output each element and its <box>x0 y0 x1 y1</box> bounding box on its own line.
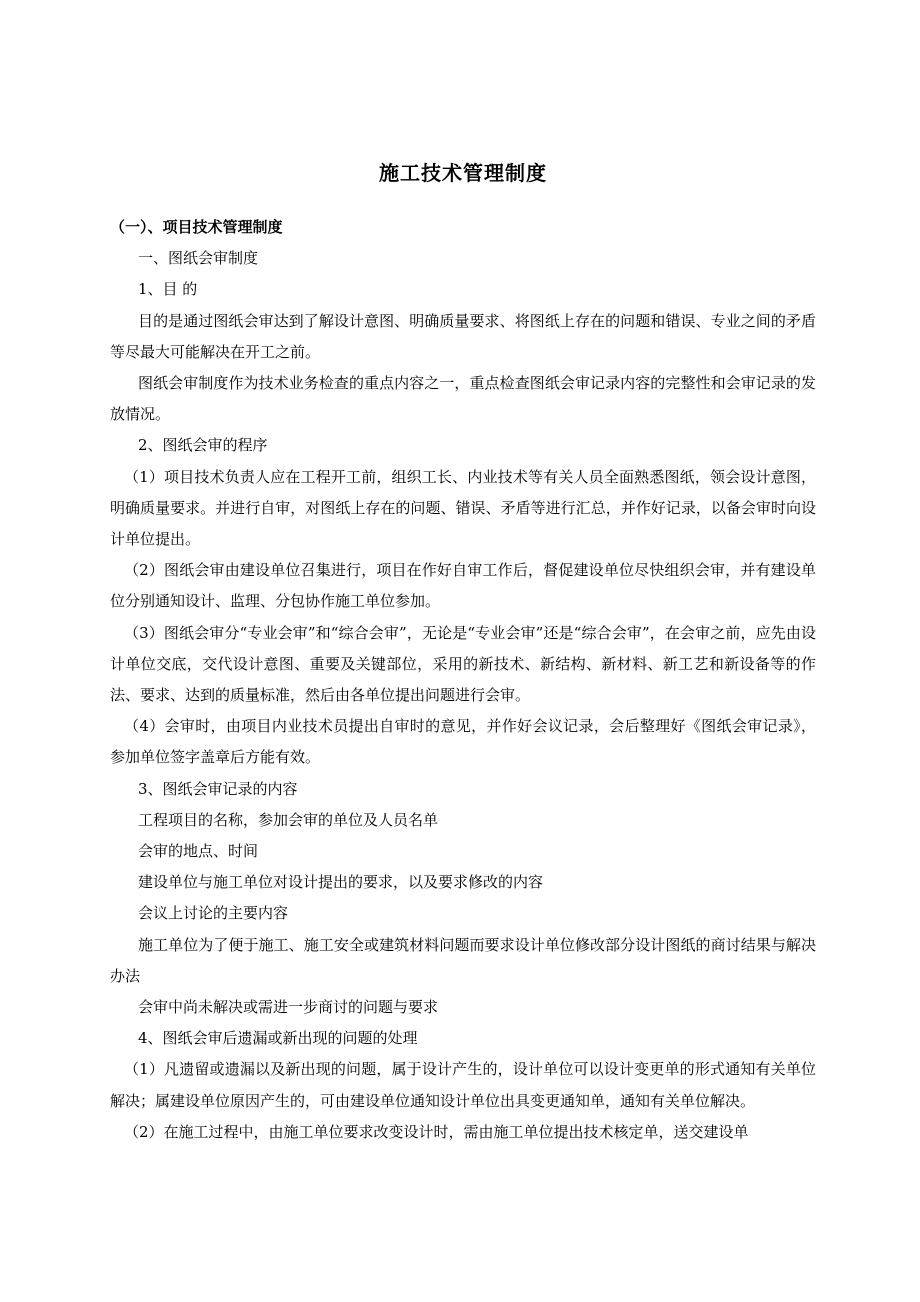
item-heading: 1、目 的 <box>110 274 816 305</box>
document-body: （一）、项目技术管理制度 一、图纸会审制度 1、目 的 目的是通过图纸会审达到了… <box>110 212 816 1148</box>
paragraph: （4）会审时，由项目内业技术员提出自审时的意见，并作好会议记录，会后整理好《图纸… <box>110 711 816 773</box>
list-item: 会议上讨论的主要内容 <box>110 898 816 929</box>
document-title: 施工技术管理制度 <box>110 158 816 188</box>
list-item: 建设单位与施工单位对设计提出的要求，以及要求修改的内容 <box>110 867 816 898</box>
item-heading: 4、图纸会审后遗漏或新出现的问题的处理 <box>110 1023 816 1054</box>
list-item: 施工单位为了便于施工、施工安全或建筑材料问题而要求设计单位修改部分设计图纸的商讨… <box>110 930 816 992</box>
paragraph: （2）在施工过程中，由施工单位要求改变设计时，需由施工单位提出技术核定单，送交建… <box>110 1117 816 1148</box>
paragraph: （3）图纸会审分“专业会审”和“综合会审”，无论是“专业会审”还是“综合会审”，… <box>110 618 816 712</box>
item-heading: 3、图纸会审记录的内容 <box>110 774 816 805</box>
subsection-heading: 一、图纸会审制度 <box>110 243 816 274</box>
item-heading: 2、图纸会审的程序 <box>110 430 816 461</box>
list-item: 会审的地点、时间 <box>110 836 816 867</box>
paragraph: 图纸会审制度作为技术业务检查的重点内容之一，重点检查图纸会审记录内容的完整性和会… <box>110 368 816 430</box>
paragraph: 目的是通过图纸会审达到了解设计意图、明确质量要求、将图纸上存在的问题和错误、专业… <box>110 306 816 368</box>
section-heading: （一）、项目技术管理制度 <box>110 212 816 243</box>
paragraph: （1）凡遗留或遗漏以及新出现的问题，属于设计产生的，设计单位可以设计变更单的形式… <box>110 1054 816 1116</box>
list-item: 工程项目的名称，参加会审的单位及人员名单 <box>110 805 816 836</box>
paragraph: （2）图纸会审由建设单位召集进行，项目在作好自审工作后，督促建设单位尽快组织会审… <box>110 555 816 617</box>
paragraph: （1）项目技术负责人应在工程开工前，组织工长、内业技术等有关人员全面熟悉图纸，领… <box>110 462 816 556</box>
list-item: 会审中尚未解决或需进一步商讨的问题与要求 <box>110 992 816 1023</box>
